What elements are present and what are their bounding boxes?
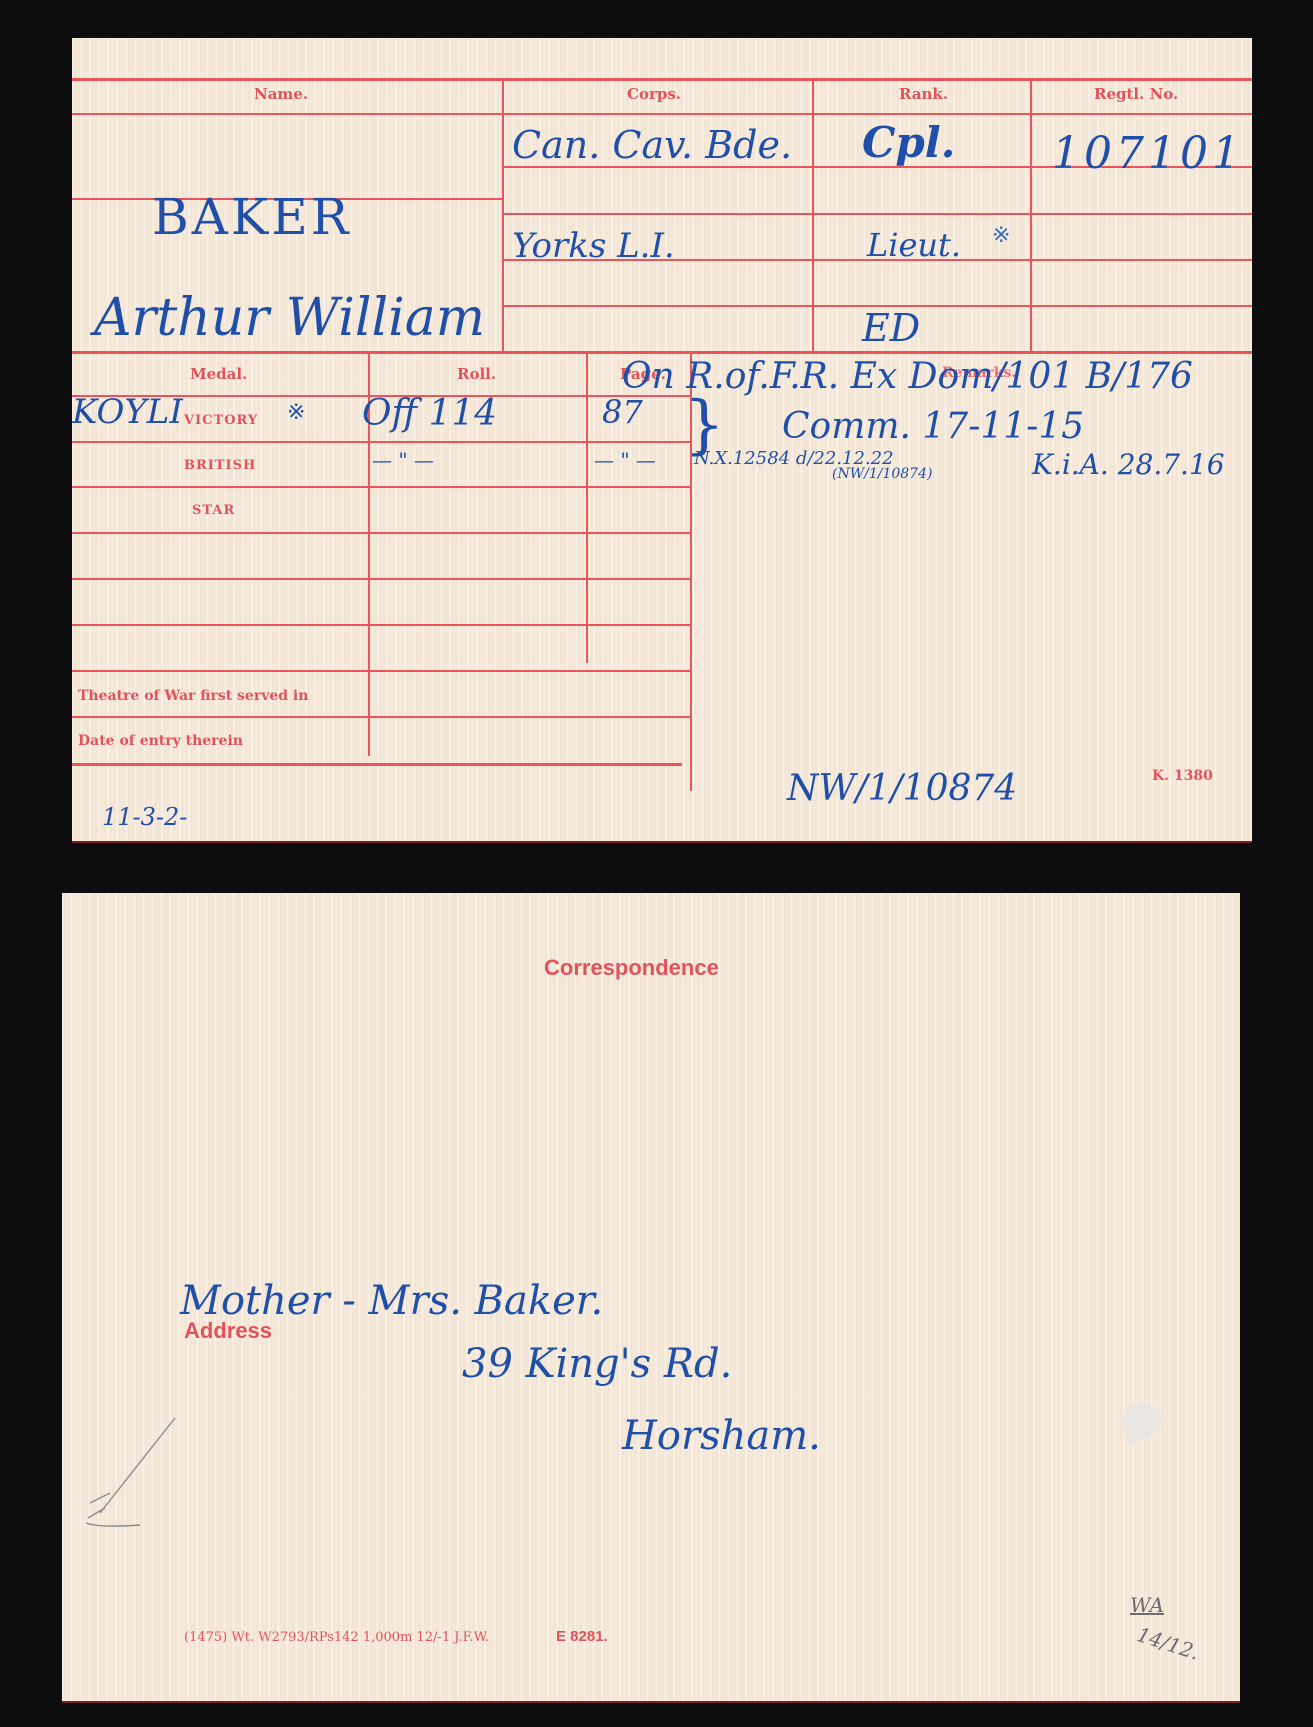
header-medal: Medal. — [190, 365, 247, 383]
rule — [72, 670, 692, 672]
victory-roll: Off 114 — [362, 393, 497, 434]
header-roll: Roll. — [457, 365, 496, 383]
rank-mark: ※ — [992, 223, 1010, 248]
victory-mark: ※ — [287, 400, 305, 425]
print-code: E 8281. — [556, 1628, 608, 1645]
medal-british-label: BRITISH — [184, 458, 256, 473]
medal-annotation: KOYLI — [72, 392, 183, 432]
print-line: (1475) Wt. W2793/RPs142 1,000m 12/-1 J.F… — [184, 1630, 489, 1645]
rule — [72, 763, 682, 766]
rule — [72, 624, 692, 626]
rule — [72, 441, 692, 443]
header-rank: Rank. — [899, 85, 948, 103]
divider — [812, 80, 814, 352]
rule — [72, 716, 692, 718]
medal-star-label: STAR — [192, 503, 235, 518]
rule — [72, 351, 1252, 354]
theatre-label: Theatre of War first served in — [78, 688, 308, 704]
correspondence-title: Correspondence — [544, 955, 719, 981]
rule — [72, 78, 1252, 81]
header-name: Name. — [254, 85, 308, 103]
pencil-sketch-icon — [80, 1413, 190, 1533]
form-code: K. 1380 — [1152, 768, 1213, 784]
address-line-3: Horsham. — [622, 1413, 821, 1459]
header-regtl-no: Regtl. No. — [1094, 85, 1178, 103]
rank-entry-2: Lieut. — [867, 226, 961, 264]
divider — [1030, 80, 1032, 352]
victory-page: 87 — [602, 393, 643, 431]
pencil-initials: WA — [1130, 1593, 1164, 1617]
pencil-date: 14/12. — [1134, 1622, 1202, 1665]
remarks-initials: ED — [862, 306, 920, 350]
corps-entry-1: Can. Cav. Bde. — [512, 123, 792, 167]
rule — [72, 113, 1252, 115]
reference-number: NW/1/10874 — [787, 768, 1017, 809]
date-stamp: 11-3-2- — [102, 803, 187, 831]
divider — [502, 80, 504, 352]
address-line-2: 39 King's Rd. — [462, 1341, 732, 1387]
watermark-mark — [1117, 1397, 1167, 1445]
remarks-reference-sub: (NW/1/10874) — [832, 466, 932, 482]
header-corps: Corps. — [627, 85, 681, 103]
british-page-ditto: — " — — [594, 448, 656, 472]
remarks-line-1: On R.of.F.R. Ex Dom/101 B/176 — [622, 356, 1193, 397]
divider — [586, 353, 588, 663]
date-entry-label: Date of entry therein — [78, 733, 243, 749]
rule — [72, 578, 692, 580]
rule — [504, 213, 1252, 215]
remarks-kia: K.i.A. 28.7.16 — [1032, 448, 1225, 481]
medal-index-card-back: Correspondence Address Mother - Mrs. Bak… — [62, 893, 1240, 1703]
corps-entry-2: Yorks L.I. — [512, 226, 675, 266]
medal-victory-label: VICTORY — [184, 413, 258, 428]
rank-entry-1: Cpl. — [862, 118, 955, 167]
rule — [72, 532, 692, 534]
regtl-number: 107101 — [1052, 128, 1244, 179]
surname: BAKER — [152, 188, 351, 246]
address-line-1: Mother - Mrs. Baker. — [180, 1278, 603, 1324]
medal-index-card-front: Name. Corps. Rank. Regtl. No. Medal. Rol… — [72, 38, 1252, 843]
forenames: Arthur William — [94, 288, 485, 348]
british-roll-ditto: — " — — [372, 448, 434, 472]
remarks-commission: Comm. 17-11-15 — [782, 406, 1084, 447]
rule — [72, 486, 692, 488]
